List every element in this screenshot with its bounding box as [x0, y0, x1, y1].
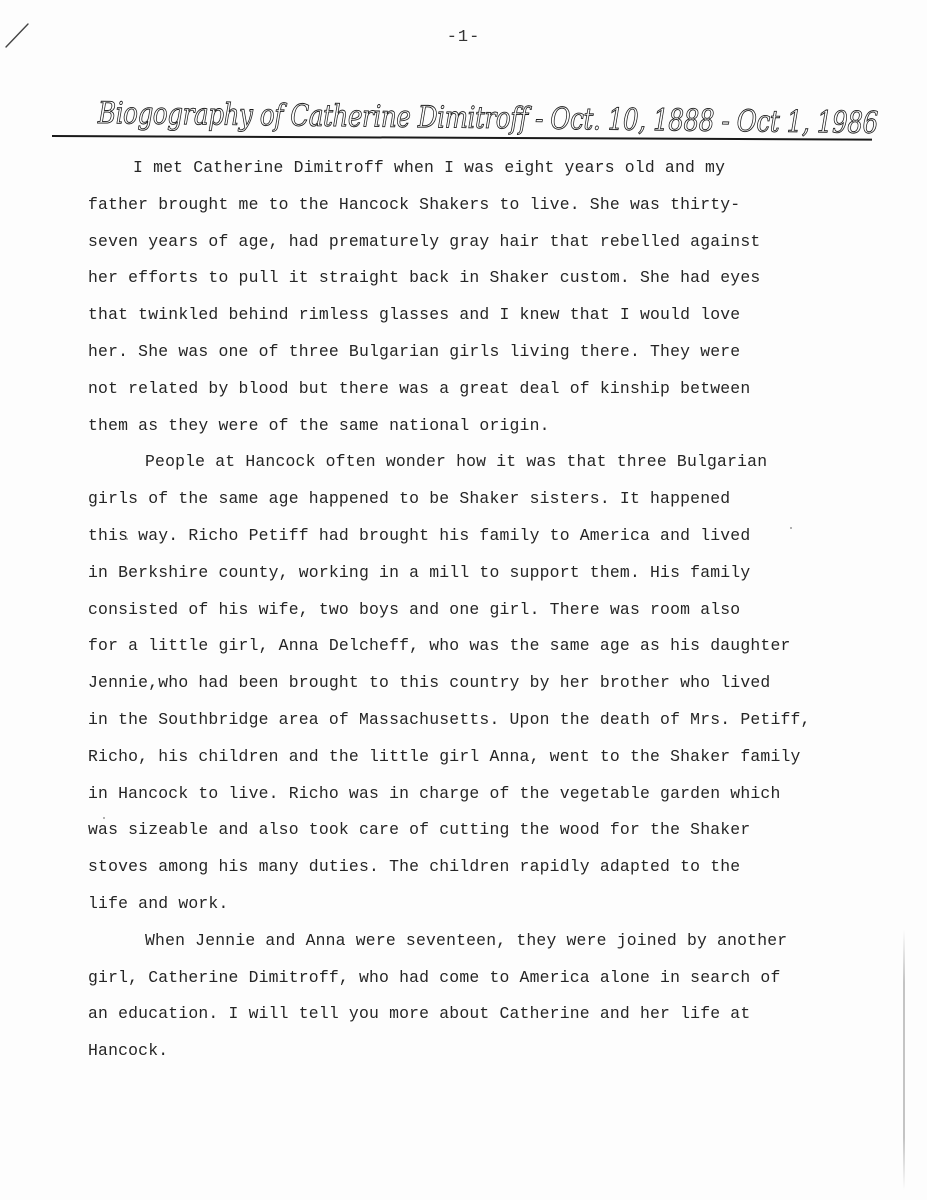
text-line: them as they were of the same national o… — [88, 408, 878, 445]
text-line: Richo, his children and the little girl … — [88, 739, 878, 776]
text-line: girl, Catherine Dimitroff, who had come … — [88, 960, 878, 997]
page-number: -1- — [0, 28, 927, 47]
text-line: her. She was one of three Bulgarian girl… — [88, 334, 878, 371]
text-line: Hancock. — [88, 1033, 878, 1070]
scan-speck — [126, 538, 128, 540]
title-block: Biogography of Catherine Dimitroff - Oct… — [52, 92, 882, 152]
text-line: not related by blood but there was a gre… — [88, 371, 878, 408]
text-line: in Hancock to live. Richo was in charge … — [88, 776, 878, 813]
document-page: -1- Biogography of Catherine Dimitroff -… — [0, 0, 927, 1200]
page-edge-shadow — [903, 930, 905, 1190]
typewritten-body: I met Catherine Dimitroff when I was eig… — [88, 150, 878, 1070]
text-line: was sizeable and also took care of cutti… — [88, 812, 878, 849]
text-line: consisted of his wife, two boys and one … — [88, 592, 878, 629]
text-line: When Jennie and Anna were seventeen, the… — [88, 923, 878, 960]
handwritten-title: Biogography of Catherine Dimitroff - Oct… — [98, 96, 878, 141]
text-line: stoves among his many duties. The childr… — [88, 849, 878, 886]
text-line: an education. I will tell you more about… — [88, 996, 878, 1033]
text-line: father brought me to the Hancock Shakers… — [88, 187, 878, 224]
text-line: Jennie,who had been brought to this coun… — [88, 665, 878, 702]
text-line: girls of the same age happened to be Sha… — [88, 481, 878, 518]
scan-speck — [790, 527, 792, 529]
text-line: I met Catherine Dimitroff when I was eig… — [88, 150, 878, 187]
text-line: that twinkled behind rimless glasses and… — [88, 297, 878, 334]
text-line: seven years of age, had prematurely gray… — [88, 224, 878, 261]
text-line: People at Hancock often wonder how it wa… — [88, 444, 878, 481]
text-line: in Berkshire county, working in a mill t… — [88, 555, 878, 592]
text-line: this way. Richo Petiff had brought his f… — [88, 518, 878, 555]
text-line: for a little girl, Anna Delcheff, who wa… — [88, 628, 878, 665]
scan-speck — [103, 817, 105, 819]
text-line: life and work. — [88, 886, 878, 923]
text-line: in the Southbridge area of Massachusetts… — [88, 702, 878, 739]
text-line: her efforts to pull it straight back in … — [88, 260, 878, 297]
